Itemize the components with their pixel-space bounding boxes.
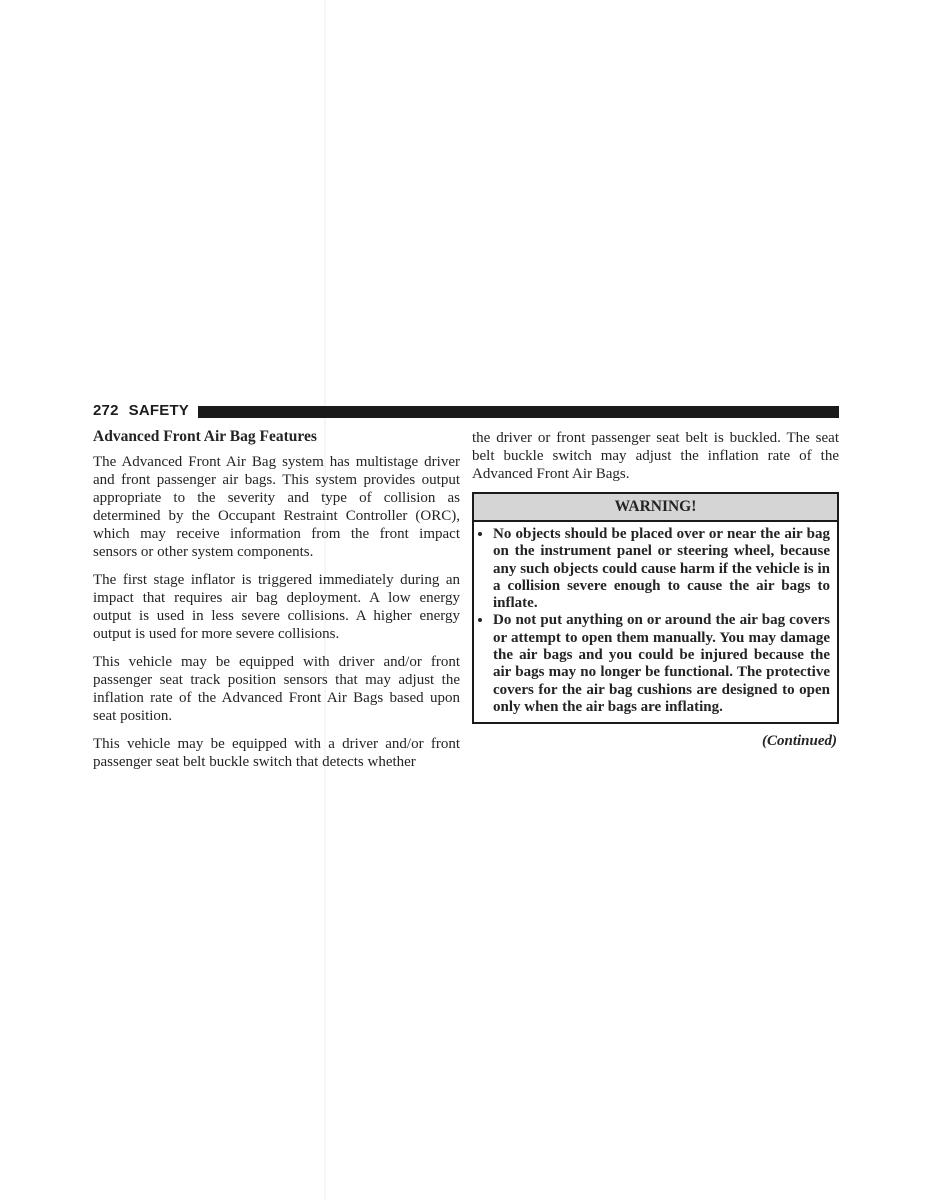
body-paragraph: This vehicle may be equipped with driver… [93,653,460,725]
body-paragraph: the driver or front passenger seat belt … [472,429,839,483]
article-heading: Advanced Front Air Bag Features [93,429,460,445]
body-paragraph: This vehicle may be equipped with a driv… [93,735,460,771]
right-column: the driver or front passenger seat belt … [472,429,839,771]
continued-note: (Continued) [472,733,839,750]
warning-box-title: WARNING! [474,494,837,522]
warning-list-item: No objects should be placed over or near… [493,526,830,612]
left-column: Advanced Front Air Bag Features The Adva… [93,429,460,771]
section-title: SAFETY [129,404,189,418]
warning-box: WARNING! No objects should be placed ove… [472,492,839,724]
page-content: 272 SAFETY Advanced Front Air Bag Featur… [93,404,839,771]
header-bar-decoration [198,406,839,418]
body-paragraph: The Advanced Front Air Bag system has mu… [93,453,460,561]
page-number: 272 [93,404,119,418]
manual-page: { "page": { "header": { "page_number": "… [0,0,927,1200]
body-paragraph: The first stage inflator is triggered im… [93,571,460,643]
warning-list: No objects should be placed over or near… [474,522,837,722]
warning-list-item: Do not put anything on or around the air… [493,612,830,716]
page-header: 272 SAFETY [93,404,839,418]
two-column-layout: Advanced Front Air Bag Features The Adva… [93,429,839,771]
